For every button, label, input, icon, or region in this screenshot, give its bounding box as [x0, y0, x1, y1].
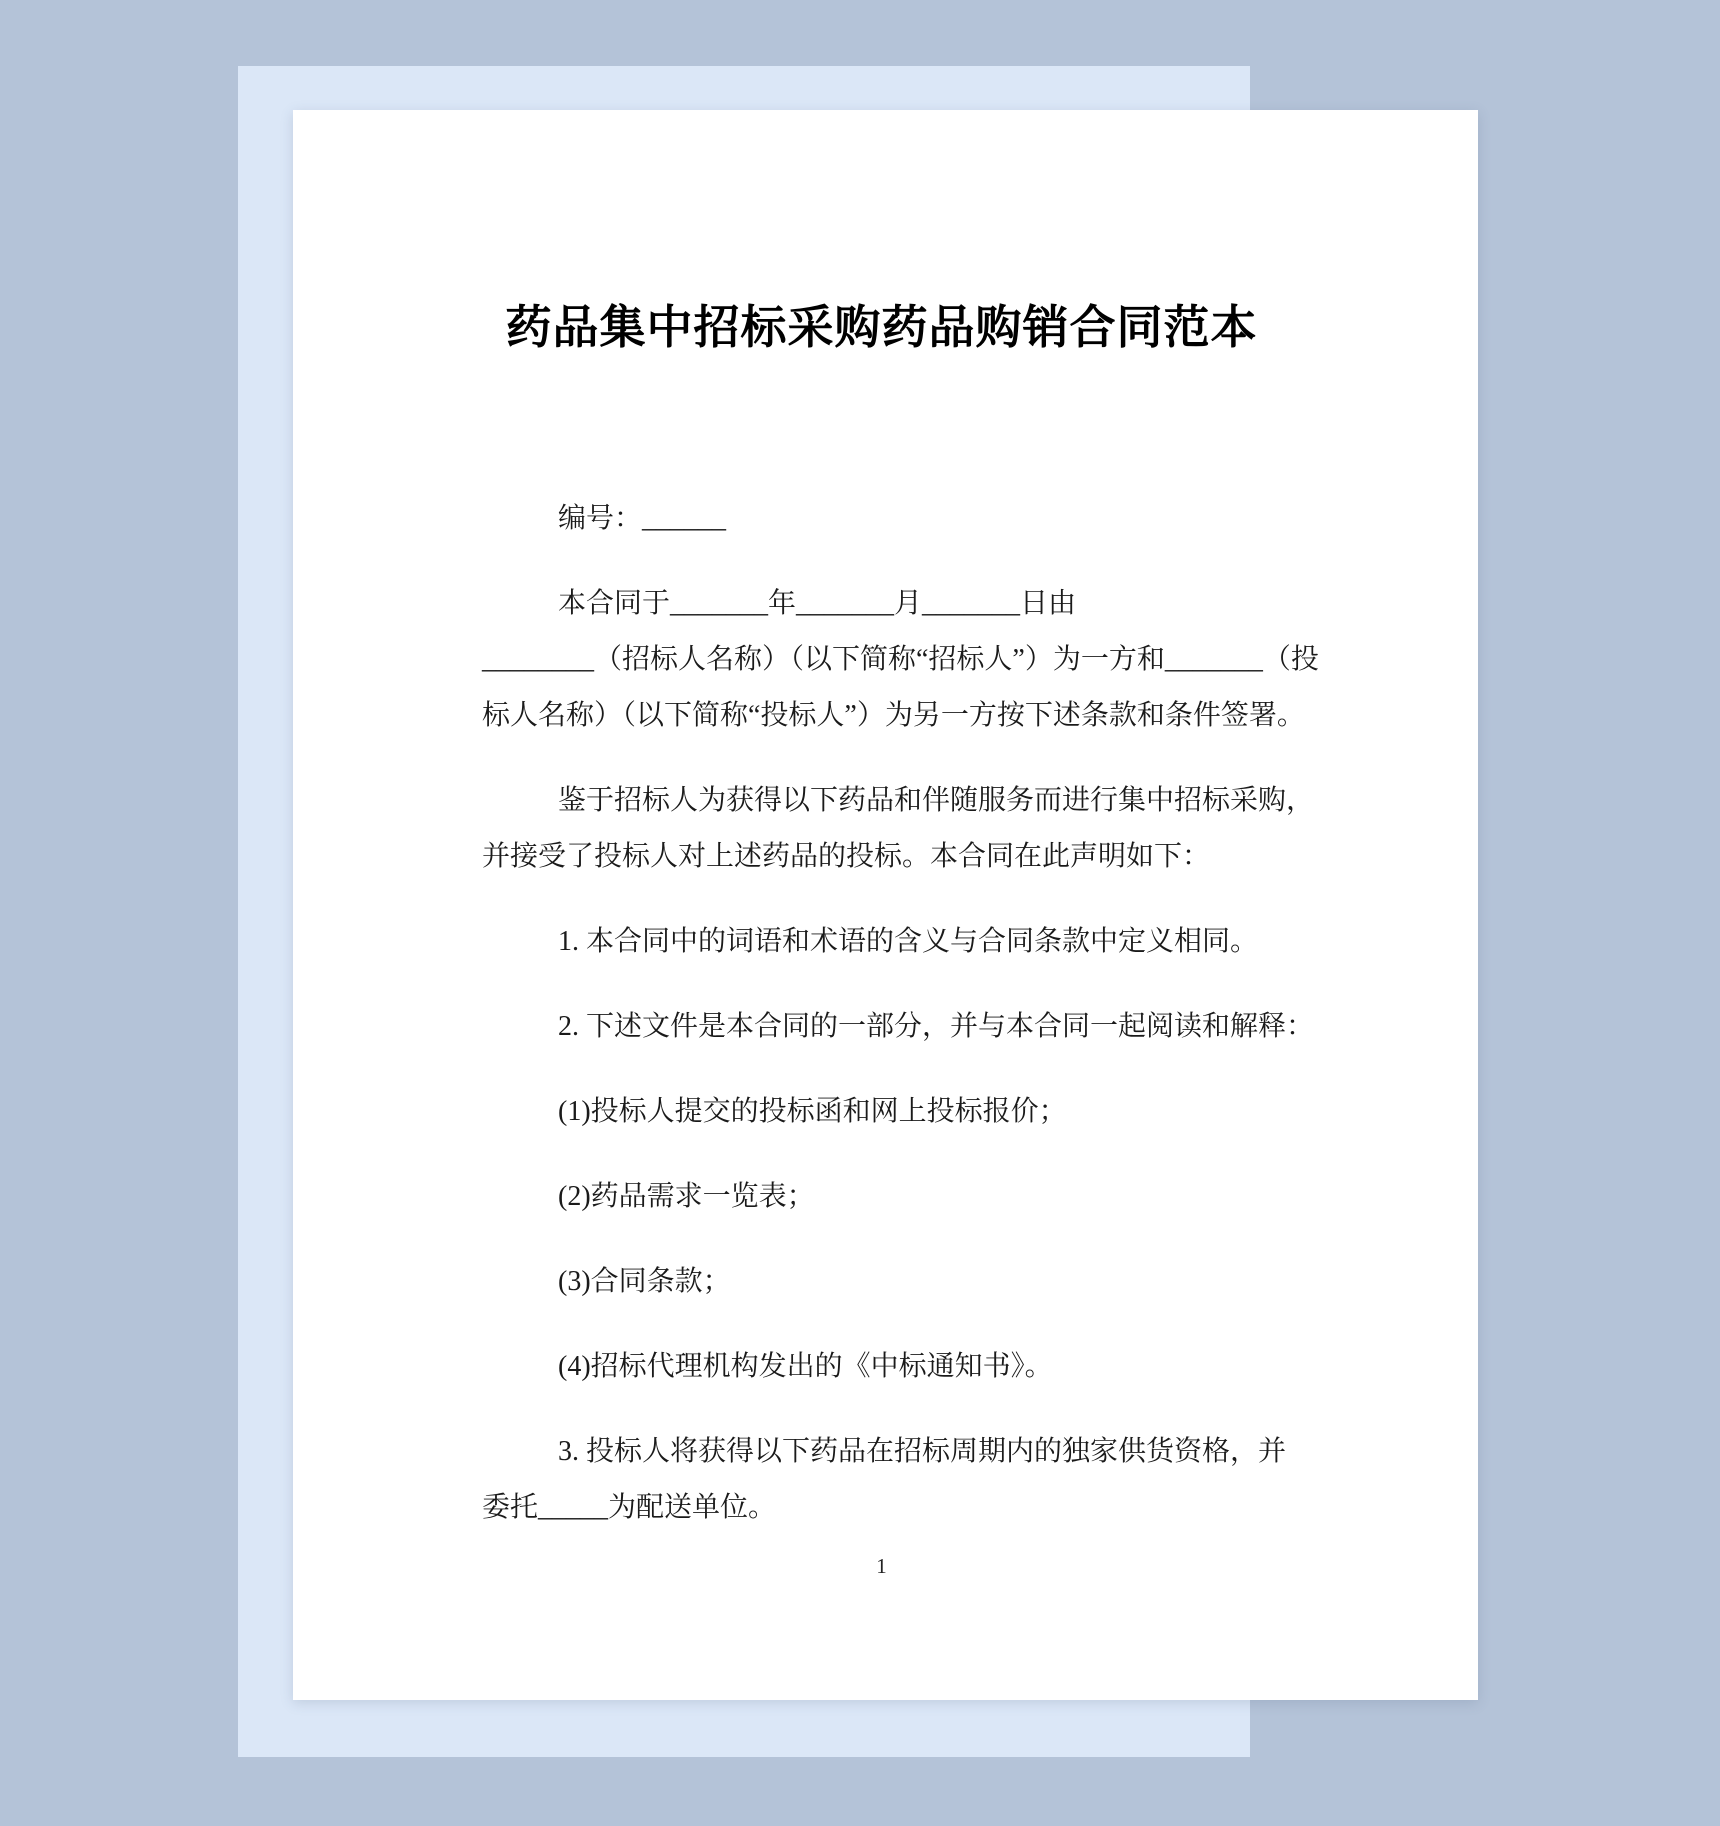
line-clause-3a: 3. 投标人将获得以下药品在招标周期内的独家供货资格，并	[482, 1424, 1281, 1480]
line-clause-1: 1. 本合同中的词语和术语的含义与合同条款中定义相同。	[482, 914, 1281, 970]
line-tenderer-name: ________（招标人名称）（以下简称“招标人”）为一方和_______（投	[482, 632, 1281, 688]
line-contract-date: 本合同于_______年_______月_______日由	[482, 576, 1281, 632]
line-bidder-name: 标人名称）（以下简称“投标人”）为另一方按下述条款和条件签署。	[482, 688, 1281, 744]
line-clause-3b: 委托_____为配送单位。	[482, 1480, 1281, 1536]
line-subitem-2: (2)药品需求一览表；	[482, 1169, 1281, 1225]
line-clause-2: 2. 下述文件是本合同的一部分，并与本合同一起阅读和解释：	[482, 999, 1281, 1055]
document-page: 药品集中招标采购药品购销合同范本 编号：______ 本合同于_______年_…	[293, 110, 1478, 1700]
line-whereas-1: 鉴于招标人为获得以下药品和伴随服务而进行集中招标采购，	[482, 773, 1281, 829]
desktop-background: 药品集中招标采购药品购销合同范本 编号：______ 本合同于_______年_…	[0, 0, 1720, 1826]
page-content: 药品集中招标采购药品购销合同范本 编号：______ 本合同于_______年_…	[293, 110, 1478, 1580]
page-number: 1	[482, 1552, 1281, 1580]
document-title: 药品集中招标采购药品购销合同范本	[482, 110, 1281, 358]
line-subitem-4: (4)招标代理机构发出的《中标通知书》。	[482, 1339, 1281, 1395]
document-body: 编号：______ 本合同于_______年_______月_______日由 …	[482, 491, 1281, 1536]
line-whereas-2: 并接受了投标人对上述药品的投标。本合同在此声明如下：	[482, 829, 1281, 885]
line-subitem-3: (3)合同条款；	[482, 1254, 1281, 1310]
line-serial-number: 编号：______	[482, 491, 1281, 547]
line-subitem-1: (1)投标人提交的投标函和网上投标报价；	[482, 1084, 1281, 1140]
